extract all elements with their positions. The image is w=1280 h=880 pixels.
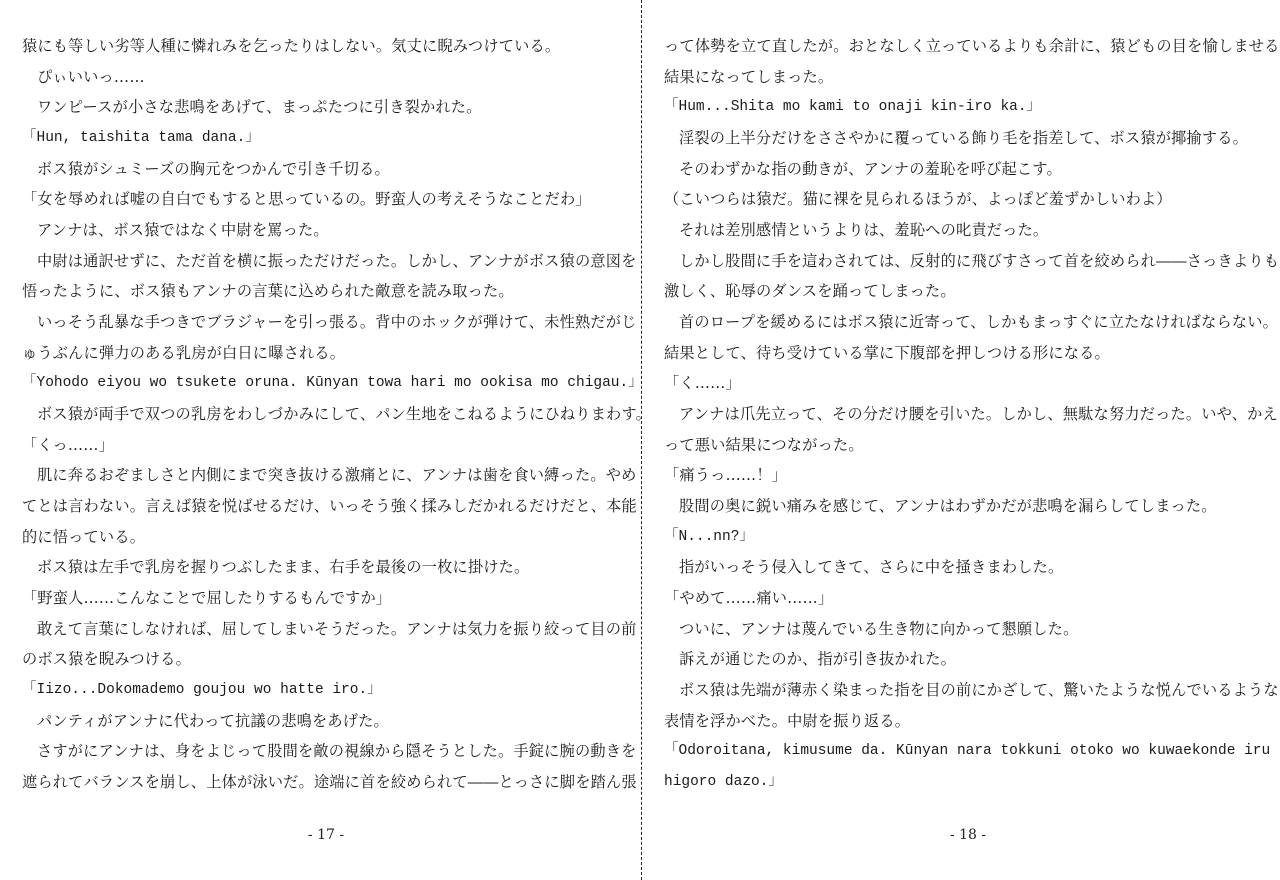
text-line: ゅうぶんに弾力のある乳房が白日に曝される。 bbox=[22, 338, 630, 369]
text-line: 「Yohodo eiyou wo tsukete oruna. Kūnyan t… bbox=[22, 368, 630, 399]
text-line: ボス猿が両手で双つの乳房をわしづかみにして、パン生地をこねるようにひねりまわす。 bbox=[22, 399, 630, 430]
text-line: 「痛うっ……！」 bbox=[664, 460, 1272, 491]
text-line: 敢えて言葉にしなければ、屈してしまいそうだった。アンナは気力を振り絞って目の前 bbox=[22, 614, 630, 645]
text-line: さすがにアンナは、身をよじって股間を敵の視線から隠そうとした。手錠に腕の動きを bbox=[22, 736, 630, 767]
text-line: ワンピースが小さな悲鳴をあげて、まっぷたつに引き裂かれた。 bbox=[22, 92, 630, 123]
text-line: 首のロープを緩めるにはボス猿に近寄って、しかもまっすぐに立たなければならない。 bbox=[664, 307, 1272, 338]
text-line: 結果として、待ち受けている掌に下腹部を押しつける形になる。 bbox=[664, 338, 1272, 369]
text-line: そのわずかな指の動きが、アンナの羞恥を呼び起こす。 bbox=[664, 154, 1272, 185]
text-line: って体勢を立て直したが。おとなしく立っているよりも余計に、猿どもの目を愉しませる bbox=[664, 31, 1272, 62]
text-line: しかし股間に手を這わされては、反射的に飛びすさって首を絞められ――さっきよりも bbox=[664, 246, 1272, 277]
text-line: higoro dazo.」 bbox=[664, 767, 1272, 798]
text-line: ボス猿は先端が薄赤く染まった指を目の前にかざして、驚いたような悦んでいるような bbox=[664, 675, 1272, 706]
text-line: いっそう乱暴な手つきでブラジャーを引っ張る。背中のホックが弾けて、未性熟だがじ bbox=[22, 307, 630, 338]
page-number-right: - 18 - bbox=[664, 827, 1272, 843]
left-page-text: 猿にも等しい劣等人種に憐れみを乞ったりはしない。気丈に睨みつけている。ぴぃいいっ… bbox=[22, 31, 630, 798]
text-line: 指がいっそう侵入してきて、さらに中を掻きまわした。 bbox=[664, 552, 1272, 583]
text-line: 悟ったように、ボス猿もアンナの言葉に込められた敵意を読み取った。 bbox=[22, 276, 630, 307]
text-line: 結果になってしまった。 bbox=[664, 62, 1272, 93]
text-line: 「やめて……痛い……」 bbox=[664, 583, 1272, 614]
text-line: 股間の奥に鋭い痛みを感じて、アンナはわずかだが悲鳴を漏らしてしまった。 bbox=[664, 491, 1272, 522]
text-line: 表情を浮かべた。中尉を振り返る。 bbox=[664, 706, 1272, 737]
text-line: ついに、アンナは蔑んでいる生き物に向かって懇願した。 bbox=[664, 614, 1272, 645]
text-line: 猿にも等しい劣等人種に憐れみを乞ったりはしない。気丈に睨みつけている。 bbox=[22, 31, 630, 62]
text-line: アンナは、ボス猿ではなく中尉を罵った。 bbox=[22, 215, 630, 246]
page-number-left: - 17 - bbox=[22, 827, 630, 843]
text-line: 「Hum...Shita mo kami to onaji kin-iro ka… bbox=[664, 92, 1272, 123]
text-line: 「くっ……」 bbox=[22, 430, 630, 461]
text-line: 的に悟っている。 bbox=[22, 522, 630, 553]
text-line: アンナは爪先立って、その分だけ腰を引いた。しかし、無駄な努力だった。いや、かえ bbox=[664, 399, 1272, 430]
text-line: 中尉は通訳せずに、ただ首を横に振っただけだった。しかし、アンナがボス猿の意図を bbox=[22, 246, 630, 277]
text-line: 淫裂の上半分だけをささやかに覆っている飾り毛を指差して、ボス猿が揶揄する。 bbox=[664, 123, 1272, 154]
text-line: って悪い結果につながった。 bbox=[664, 430, 1272, 461]
text-line: 「Hun, taishita tama dana.」 bbox=[22, 123, 630, 154]
text-line: パンティがアンナに代わって抗議の悲鳴をあげた。 bbox=[22, 706, 630, 737]
text-line: 遮られてバランスを崩し、上体が泳いだ。途端に首を絞められて――とっさに脚を踏ん張 bbox=[22, 767, 630, 798]
right-page: って体勢を立て直したが。おとなしく立っているよりも余計に、猿どもの目を愉しませる… bbox=[664, 31, 1272, 871]
text-line: それは差別感情というよりは、羞恥への叱責だった。 bbox=[664, 215, 1272, 246]
text-line: 激しく、恥辱のダンスを踊ってしまった。 bbox=[664, 276, 1272, 307]
text-line: 肌に奔るおぞましさと内側にまで突き抜ける激痛とに、アンナは歯を食い縛った。やめ bbox=[22, 460, 630, 491]
text-line: （こいつらは猿だ。猫に裸を見られるほうが、よっぽど羞ずかしいわよ） bbox=[664, 184, 1272, 215]
page-divider bbox=[641, 0, 642, 880]
text-line: 「Iizo...Dokomademo goujou wo hatte iro.」 bbox=[22, 675, 630, 706]
text-line: ぴぃいいっ…… bbox=[22, 62, 630, 93]
text-line: 「N...nn?」 bbox=[664, 522, 1272, 553]
left-page: 猿にも等しい劣等人種に憐れみを乞ったりはしない。気丈に睨みつけている。ぴぃいいっ… bbox=[22, 31, 630, 871]
right-page-text: って体勢を立て直したが。おとなしく立っているよりも余計に、猿どもの目を愉しませる… bbox=[664, 31, 1272, 798]
text-line: 「野蛮人……こんなことで屈したりするもんですか」 bbox=[22, 583, 630, 614]
text-line: ボス猿がシュミーズの胸元をつかんで引き千切る。 bbox=[22, 154, 630, 185]
text-line: てとは言わない。言えば猿を悦ばせるだけ、いっそう強く揉みしだかれるだけだと、本能 bbox=[22, 491, 630, 522]
text-line: 訴えが通じたのか、指が引き抜かれた。 bbox=[664, 644, 1272, 675]
text-line: 「Odoroitana, kimusume da. Kūnyan nara to… bbox=[664, 736, 1272, 767]
text-line: 「く……」 bbox=[664, 368, 1272, 399]
text-line: 「女を辱めれば嘘の自白でもすると思っているの。野蛮人の考えそうなことだわ」 bbox=[22, 184, 630, 215]
text-line: ボス猿は左手で乳房を握りつぶしたまま、右手を最後の一枚に掛けた。 bbox=[22, 552, 630, 583]
text-line: のボス猿を睨みつける。 bbox=[22, 644, 630, 675]
